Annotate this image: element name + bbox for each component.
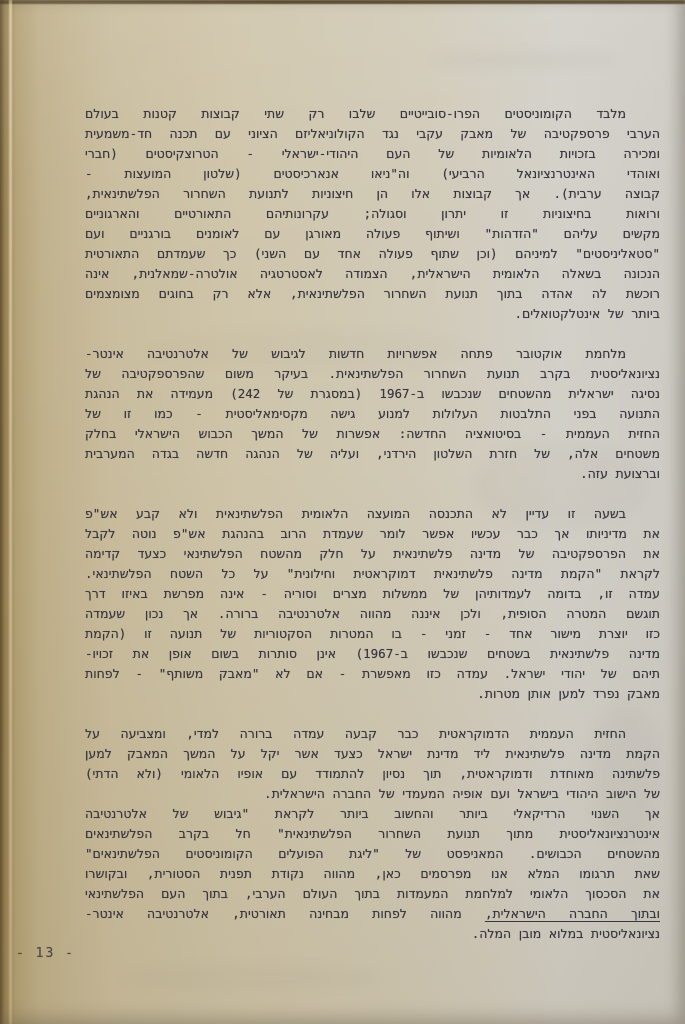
text-line: ואוהדי האינטרנציונאל הרביעי) וה"ניאו אנא… [85, 164, 660, 184]
text-line: תוגשם המטרה הסופית, ולכן איננה מהווה אלט… [85, 604, 660, 624]
text-line: אך השנוי הרדיקאלי ביותר והחשוב ביותר לקר… [85, 804, 660, 824]
text-line: ומכירה בזכויות הלאומיות של העם היהודי-יש… [85, 144, 660, 164]
text-line: שאת תרגומו המלא אנו מפרסמים כאן, מהווה נ… [85, 864, 660, 884]
text-segment: מהווה לפחות מבחינה תאורטית, אלטרנטיבה אי… [85, 906, 485, 921]
paper-smudge [120, 965, 380, 991]
underlined-text: ובתוך החברה הישראלית, [485, 906, 660, 921]
text-line: מלחמת אוקטובר פתחה אפשרויות חדשות לגיבוש… [85, 344, 660, 364]
binding-crease [9, 0, 12, 1024]
text-line: את הפרספקטיבה של מדינה פלשתינאית על חלק … [85, 544, 660, 564]
text-line: קבוצה ערבית). אך קבוצות אלו הן חיצוניות … [85, 184, 660, 204]
text-line: וברצועת עזה. [85, 464, 660, 484]
text-line: כזו יוצרת מישור אחד - זמני - בו המטרות ה… [85, 624, 660, 644]
text-line: מקשים עליהם "הזדהות" ושיתוף פעולה מאורגן… [85, 224, 660, 244]
document-page: מלבד הקומוניסטים הפרו-סובייטיים שלבו רק … [0, 0, 685, 1024]
text-line: מהשטחים הכבושים. המאניפסט של "ליגת הפועל… [85, 844, 660, 864]
paper-smudge [430, 52, 620, 68]
text-line: "סטאליניסטים" למיניהם (וכן שתוף פעולה אח… [85, 244, 660, 264]
text-line: לקראת "הקמת מדינה פלשתינאית דמוקראטית וח… [85, 564, 660, 584]
text-line: הנכונה בשאלה הלאומית הישראלית, הצמודה לא… [85, 264, 660, 284]
text-line: ביותר של אינטלקטואלים. [85, 304, 660, 324]
text-line: הקמת מדינה פלשתינאית ליד מדינת ישראל כצע… [85, 744, 660, 764]
text-line: ובתוך החברה הישראלית, מהווה לפחות מבחינה… [85, 904, 660, 924]
text-block: מלבד הקומוניסטים הפרו-סובייטיים שלבו רק … [85, 104, 660, 944]
text-line: את מדיניותו אך כבר עכשיו אפשר לומר שעמדת… [85, 524, 660, 544]
text-line: מאבק נפרד למען אותן מטרות. [85, 684, 660, 704]
text-line: נציונאליסטית בקרב תנועת השחרור הפלשתינאי… [85, 364, 660, 384]
text-line: תיהם של יהודי ישראל. עמדה כזו מאפשרת - א… [85, 664, 660, 684]
text-line: נסיגה ישראלית מהשטחים שנכבשו ב-1967 (במס… [85, 384, 660, 404]
text-line: נציונאליסטית במלוא מובן המלה. [85, 924, 660, 944]
paragraph: מלחמת אוקטובר פתחה אפשרויות חדשות לגיבוש… [85, 344, 660, 484]
paragraph: מלבד הקומוניסטים הפרו-סובייטיים שלבו רק … [85, 104, 660, 324]
text-line: רוכשת לה אהדה בתוך תנועת השחרור הפלשתינא… [85, 284, 660, 304]
text-line: בשעה זו עדיין לא התכנסה המועצה הלאומית ה… [85, 504, 660, 524]
text-line: מלבד הקומוניסטים הפרו-סובייטיים שלבו רק … [85, 104, 660, 124]
text-line: עמדה זו, בדומה לעמדותיהן של ממשלות מצרים… [85, 584, 660, 604]
text-line: התנועה בפני התלבטות העלולות למנוע גישה מ… [85, 404, 660, 424]
text-line: מדינה פלשתינאית בשטחים שנכבשו ב-1967) אי… [85, 644, 660, 664]
paragraph: אך השנוי הרדיקאלי ביותר והחשוב ביותר לקר… [85, 804, 660, 944]
text-line: משטחים אלה, של חזרת השלטון הירדני, ועליה… [85, 444, 660, 464]
text-line: החזית העממית - בסיטואציה החדשה: אפשרות ש… [85, 424, 660, 444]
text-line: את הסכסוך הלאומי למלחמת המעמדות בתוך העו… [85, 884, 660, 904]
paragraph: החזית העממית הדמוקראטית כבר קבעה עמדה בר… [85, 724, 660, 804]
page-number: - 13 - [16, 946, 75, 961]
text-line: אינטרנציונאליסטית מתוך תנועת השחרור הפלש… [85, 824, 660, 844]
paragraph: בשעה זו עדיין לא התכנסה המועצה הלאומית ה… [85, 504, 660, 704]
page-top-edge [0, 0, 685, 4]
text-line: פלשתינה מאוחדת ודמוקראטית, תוך נסיון להת… [85, 764, 660, 784]
text-line: החזית העממית הדמוקראטית כבר קבעה עמדה בר… [85, 724, 660, 744]
text-line: של הישוב היהודי בישראל ועם אופיה המעמדי … [85, 784, 660, 804]
text-line: ורואות בחיצוניות זו יתרון וסגולה; עקרונו… [85, 204, 660, 224]
text-line: הערבי פרספקטיבה של מאבק עקבי נגד הקולוני… [85, 124, 660, 144]
